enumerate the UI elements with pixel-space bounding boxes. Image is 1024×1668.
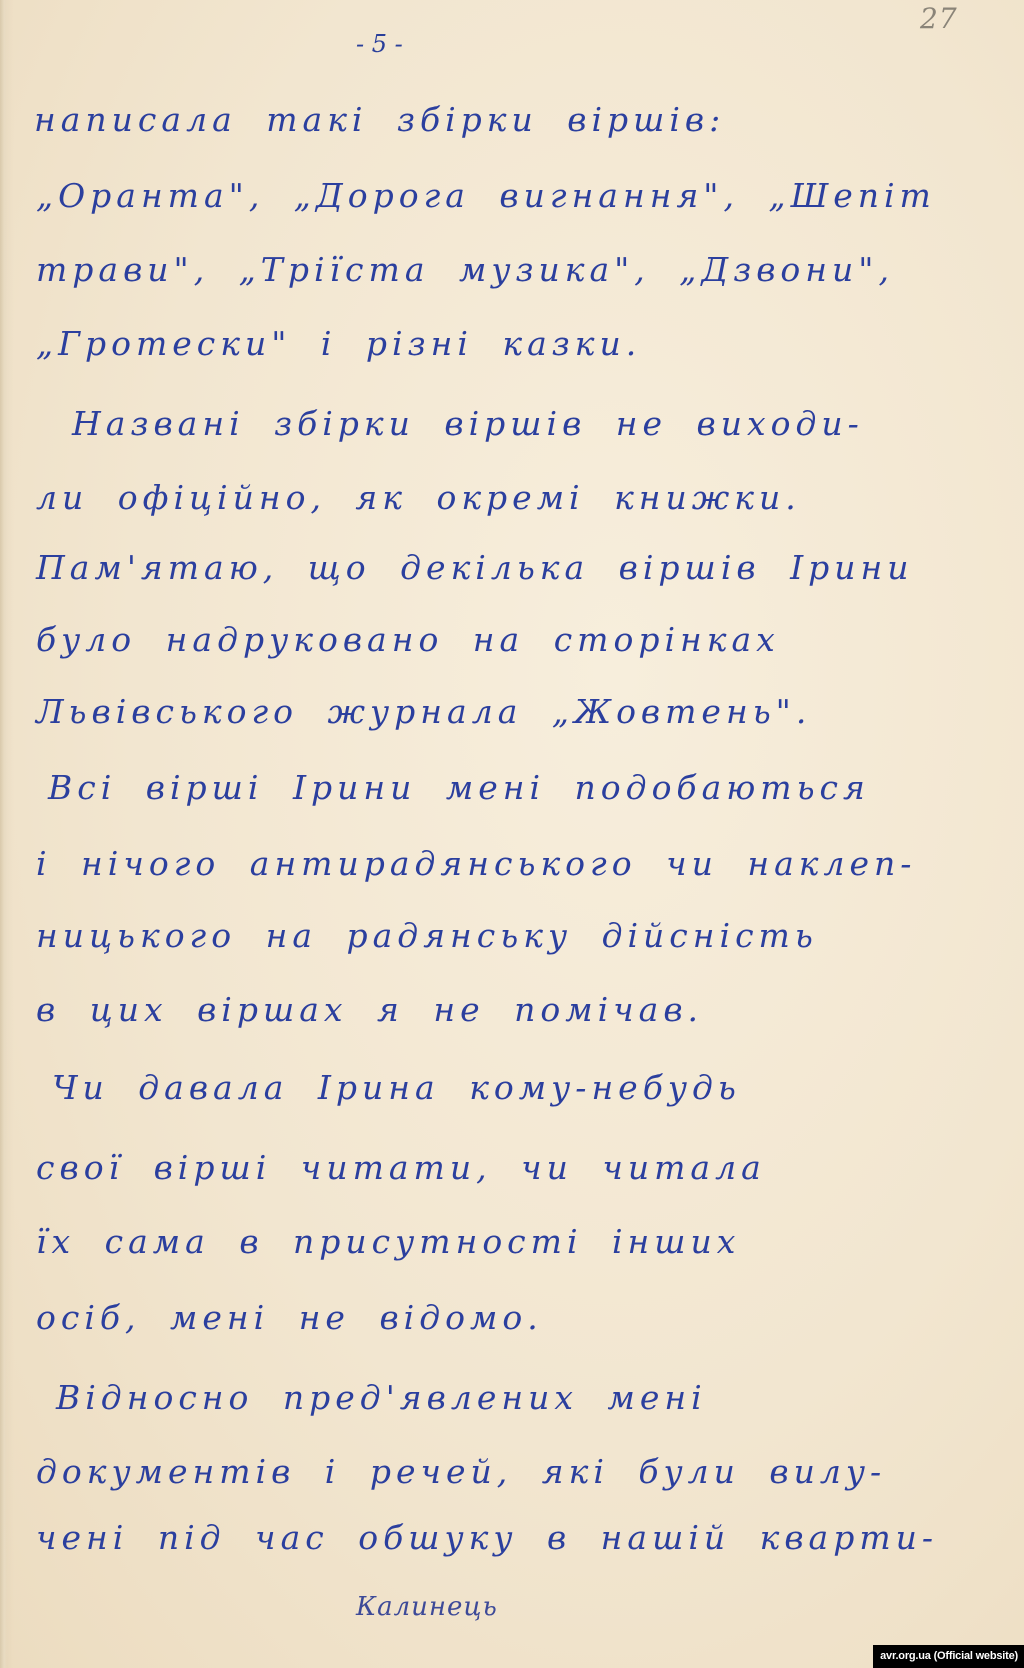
text-line: Пам'ятаю, що декілька віршів Ірини — [36, 548, 913, 587]
archive-sheet-number: 27 — [920, 2, 958, 35]
text-line: свої вірші читати, чи читала — [36, 1148, 766, 1187]
text-line: в цих віршах я не помічав. — [36, 990, 703, 1029]
text-line: трави", „Тріїста музика", „Дзвони", — [36, 250, 894, 289]
text-line: їх сама в присутності інших — [36, 1222, 740, 1261]
text-line: чені під час обшуку в нашій кварти- — [36, 1518, 938, 1557]
source-watermark: avr.org.ua (Official website) — [873, 1645, 1024, 1668]
text-line: документів і речей, які були вилу- — [36, 1452, 886, 1491]
text-line: „Гротески" і різні казки. — [36, 324, 641, 363]
text-line: Названі збірки віршів не виходи- — [72, 404, 864, 443]
text-line: Чи давала Ірина кому-небудь — [52, 1068, 741, 1107]
text-line: Львівського журнала „Жовтень". — [36, 692, 811, 731]
text-line: написала такі збірки віршів: — [34, 100, 725, 139]
text-line: було надруковано на сторінках — [36, 620, 780, 659]
signature: Калинець — [356, 1592, 498, 1622]
text-line: Відносно пред'явлених мені — [56, 1378, 707, 1417]
text-line: і нічого антирадянського чи наклеп- — [36, 844, 916, 883]
document-page: 27 - 5 - написала такі збірки віршів: „О… — [0, 0, 1024, 1668]
text-line: „Оранта", „Дорога вигнання", „Шепіт — [36, 176, 936, 215]
text-line: Всі вірші Ірини мені подобаються — [48, 768, 870, 807]
text-line: ли офіційно, як окремі книжки. — [36, 478, 801, 517]
text-line: ницького на радянську дійсність — [36, 916, 818, 955]
page-number: - 5 - — [356, 30, 403, 58]
binding-edge — [0, 0, 7, 1668]
text-line: осіб, мені не відомо. — [36, 1298, 543, 1337]
